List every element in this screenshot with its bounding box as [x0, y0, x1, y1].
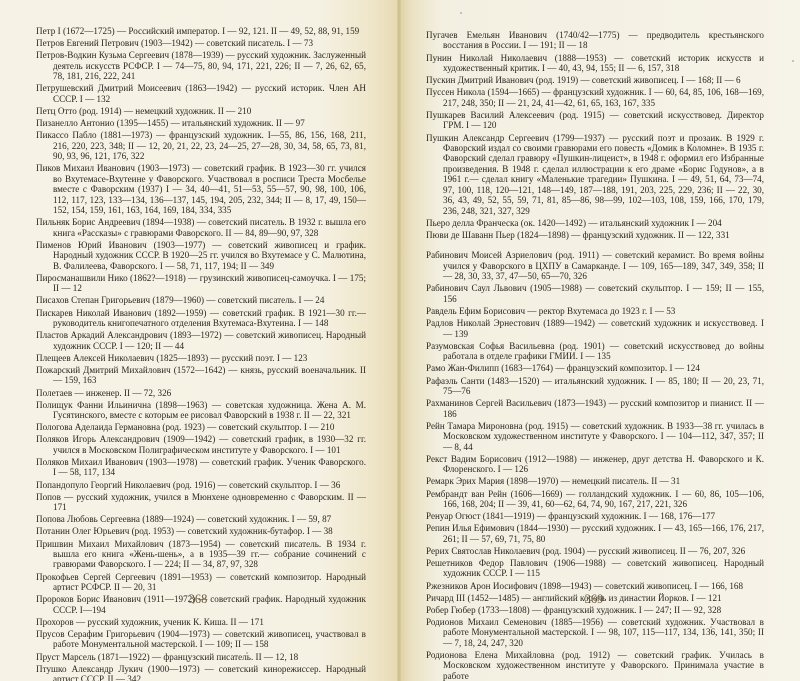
index-entry: Рабинович Саул Львович (1905—1988) — сов…: [426, 283, 764, 304]
left-index-entries: Петр I (1672—1725) — Российский императо…: [36, 26, 366, 681]
index-entry: Пуссен Никола (1594—1665) — французский …: [426, 87, 764, 108]
book-gutter: [397, 0, 401, 681]
index-entry: Пюви де Шаванн Пьер (1824—1898) — францу…: [426, 230, 764, 240]
paper-speck: [246, 652, 248, 654]
page-number-right: 369: [564, 592, 624, 607]
index-entry: Пускин Дмитрий Иванович (род. 1919) — со…: [426, 75, 764, 85]
index-entry: Пугачев Емельян Иванович (1740/42—1775) …: [426, 30, 764, 51]
index-entry: Рабинович Моисей Азриелович (род. 1911) …: [426, 250, 764, 281]
index-entry: Петров-Водкин Кузьма Сергеевич (1878—193…: [36, 50, 366, 81]
index-entry: Попова Любовь Сергеевна (1889—1924) — со…: [36, 514, 366, 524]
index-entry: Птушко Александр Лукич (1900—1973) — сов…: [36, 664, 366, 681]
index-entry: Ренуар Огюст (1841—1919) — французский х…: [426, 511, 764, 521]
index-entry: Плещеев Алексей Николаевич (1825—1893) —…: [36, 353, 366, 363]
index-entry: Пильняк Борис Андреевич (1894—1938) — со…: [36, 217, 366, 238]
index-entry: Рекст Вадим Борисович (1912—1988) — инже…: [426, 454, 764, 475]
index-entry: Пикассо Пабло (1881—1973) — французский …: [36, 130, 366, 161]
index-entry: Прокофьев Сергей Сергеевич (1891—1953) —…: [36, 572, 366, 593]
index-entry: Ржезников Арон Иосифович (1898—1943) — с…: [426, 581, 764, 591]
index-entry: Петр I (1672—1725) — Российский императо…: [36, 26, 366, 36]
index-entry: Рембрандт ван Рейн (1606—1669) — голланд…: [426, 489, 764, 510]
index-entry: Пожарский Дмитрий Михайлович (1572—1642)…: [36, 365, 366, 386]
index-entry: Петров Евгений Петрович (1903—1942) — со…: [36, 38, 366, 48]
book-spread: Петр I (1672—1725) — Российский императо…: [0, 0, 800, 681]
index-entry: Пришвин Михаил Михайлович (1873—1954) — …: [36, 539, 366, 570]
paper-speck: [710, 626, 712, 628]
page-number-left: 368: [168, 592, 228, 607]
index-entry: Пизанелло Антонио (1395—1455) — итальянс…: [36, 118, 366, 128]
index-entry: Поляков Михаил Иванович (1903—1978) — со…: [36, 457, 366, 478]
index-entry: Равдель Ефим Борисович — ректор Вхутемас…: [426, 306, 764, 316]
index-entry: Петрушевский Дмитрий Моисеевич (1863—194…: [36, 83, 366, 104]
index-entry: Рафаэль Санти (1483—1520) — итальянский …: [426, 376, 764, 397]
paper-speck: [792, 60, 794, 62]
right-index-entries: Пугачев Емельян Иванович (1740/42—1775) …: [426, 30, 764, 681]
index-entry: Пушкин Александр Сергеевич (1799—1937) —…: [426, 133, 764, 217]
index-entry: Прусов Серафим Григорьевич (1904—1973) —…: [36, 629, 366, 650]
index-entry: Пруст Марсель (1871—1922) — французский …: [36, 652, 366, 662]
index-entry: Пиков Михаил Иванович (1903—1973) — сове…: [36, 163, 366, 215]
index-entry: Рерих Святослав Николаевич (род. 1904) —…: [426, 546, 764, 556]
index-entry: Пьеро делла Франческа (ок. 1420—1492) — …: [426, 218, 764, 228]
right-page: Пугачев Емельян Иванович (1740/42—1775) …: [400, 0, 800, 681]
index-entry: Потанин Олег Юрьевич (род. 1953) — совет…: [36, 526, 366, 536]
index-entry: Попандопуло Георгий Николаевич (род. 191…: [36, 480, 366, 490]
index-entry: Пунин Николай Николаевич (1888—1953) — с…: [426, 53, 764, 74]
index-entry: Решетников Федор Павлович (1906—1988) — …: [426, 558, 764, 579]
index-entry: Репин Илья Ефимович (1844—1930) — русски…: [426, 523, 764, 544]
index-entry: Полетаев — инженер. II — 72, 326: [36, 388, 366, 398]
index-entry: Полищук Фанни Ильинична (1898—1963) — со…: [36, 400, 366, 421]
index-entry: Ремарк Эрих Мария (1898—1970) — немецкий…: [426, 476, 764, 486]
index-entry: Радлов Николай Эрнестович (1889—1942) — …: [426, 318, 764, 339]
index-entry: Писахов Степан Григорьевич (1879—1960) —…: [36, 295, 366, 305]
index-entry: Петц Отто (род. 1914) — немецкий художни…: [36, 106, 366, 116]
index-entry: Пискарев Николай Иванович (1892—1959) — …: [36, 308, 366, 329]
index-entry: Пластов Аркадий Александрович (1893—1972…: [36, 330, 366, 351]
index-entry: Пушкарев Василий Алексеевич (род. 1915) …: [426, 110, 764, 131]
index-entry: Прохоров — русский художник, ученик К. К…: [36, 617, 366, 627]
index-entry: Рахманинов Сергей Васильевич (1873—1943)…: [426, 398, 764, 419]
index-entry: Разумовская Софья Васильевна (род. 1901)…: [426, 341, 764, 362]
index-entry: Попов — русский художник, учился в Мюнхе…: [36, 492, 366, 513]
index-entry: Рамо Жан-Филипп (1683—1764) — французски…: [426, 363, 764, 373]
index-entry: Родионов Михаил Семенович (1885—1956) — …: [426, 617, 764, 648]
index-entry: Родионова Елена Михайловна (род. 1912) —…: [426, 650, 764, 681]
left-page: Петр I (1672—1725) — Российский императо…: [0, 0, 400, 681]
index-entry: Поляков Игорь Александрович (1909—1942) …: [36, 434, 366, 455]
index-entry: Пологова Аделаида Германовна (род. 1923)…: [36, 422, 366, 432]
index-entry: Рейн Тамара Мироновна (род. 1915) — сове…: [426, 421, 764, 452]
index-entry: Пиросманашвили Нико (1862?—1918) — грузи…: [36, 273, 366, 294]
paper-speck: [460, 12, 462, 14]
index-entry: Пименов Юрий Иванович (1903—1977) — сове…: [36, 240, 366, 271]
